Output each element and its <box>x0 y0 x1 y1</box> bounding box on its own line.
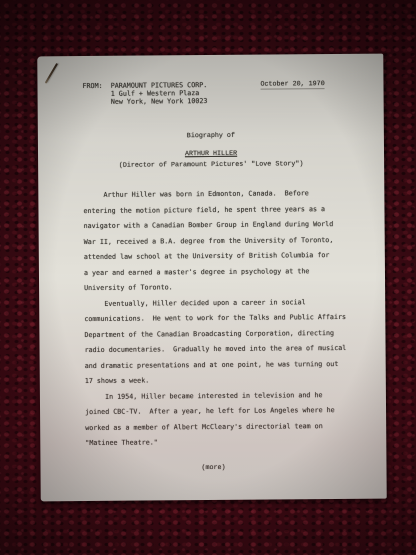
sender-address-block: FROM: PARAMOUNT PICTURES CORP. 1 Gulf + … <box>82 81 207 107</box>
carpet-background: FROM: PARAMOUNT PICTURES CORP. 1 Gulf + … <box>0 0 416 555</box>
biography-heading: Biography of <box>38 131 384 142</box>
more-indicator: (more) <box>40 463 386 474</box>
staple <box>45 63 58 84</box>
date-line: October 20, 1970 <box>260 80 324 90</box>
biography-body-text: Arthur Hiller was born in Edmonton, Cana… <box>83 186 347 452</box>
subject-subtitle: (Director of Paramount Pictures' "Love S… <box>38 160 384 171</box>
document-page: FROM: PARAMOUNT PICTURES CORP. 1 Gulf + … <box>37 54 386 502</box>
subject-name: ARTHUR HILLER <box>38 149 384 160</box>
subject-name-text: ARTHUR HILLER <box>185 150 237 158</box>
